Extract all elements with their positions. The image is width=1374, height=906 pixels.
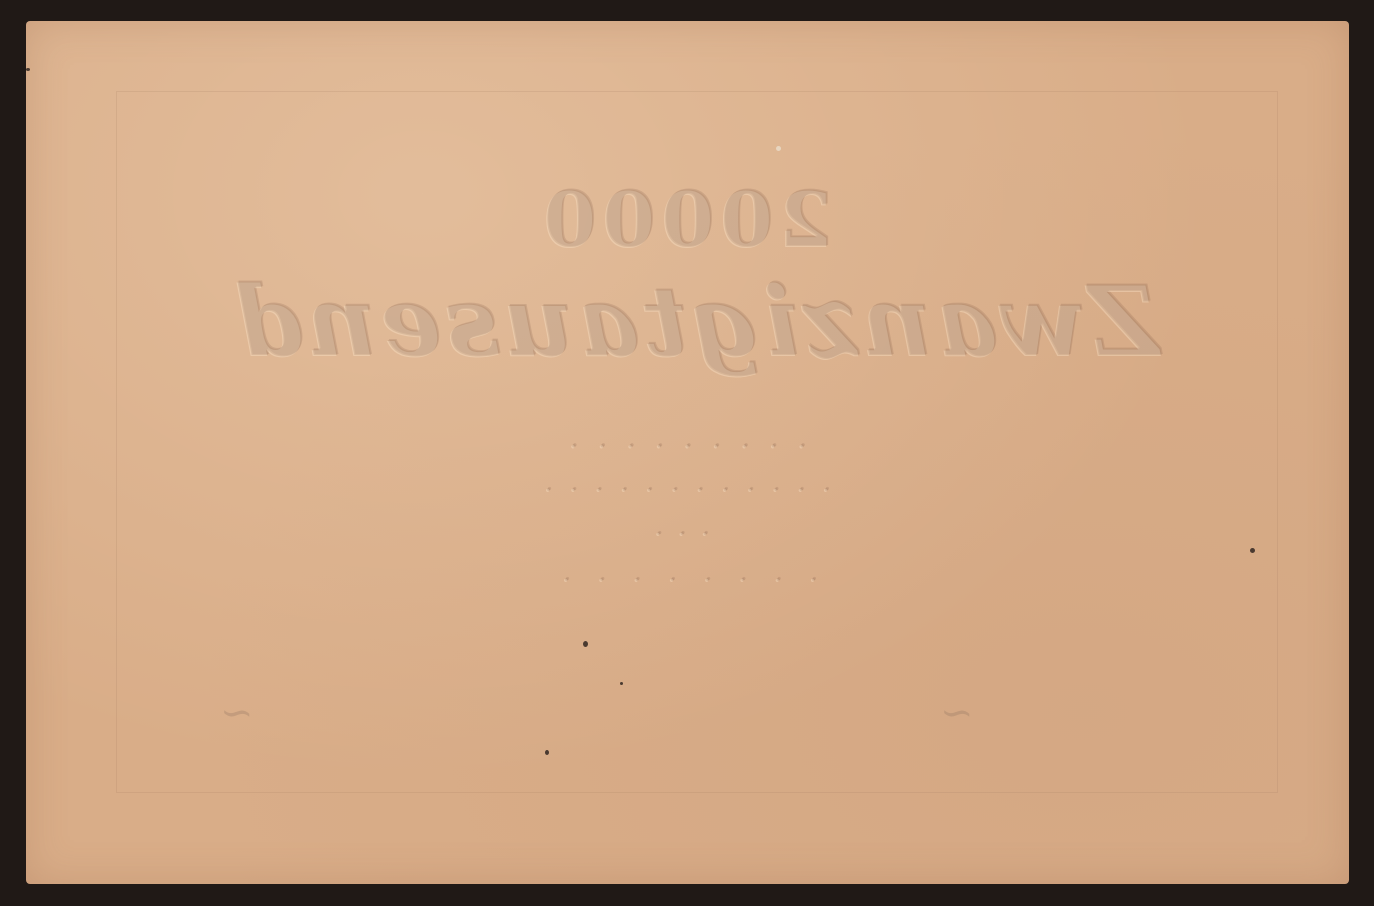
headline-show-through: Zwanzigtausend [140,265,1250,378]
text-line-show-through: · · · · · · · · [200,566,1170,594]
text-line-show-through: · · · · · · · · · [250,432,1120,462]
paper-speck [620,682,623,685]
signature-show-through-left: ~ [220,690,254,736]
paper-speck [1250,548,1255,553]
signature-show-through-right: ~ [940,690,974,736]
paper-speck [26,68,30,71]
denomination-show-through: 20000 [450,175,920,264]
text-line-show-through: · · · · · · · · · · · · [200,476,1170,504]
paper-speck [776,146,781,151]
paper-speck [583,641,588,647]
text-line-show-through: · · · [560,520,800,548]
paper-speck [545,750,549,755]
